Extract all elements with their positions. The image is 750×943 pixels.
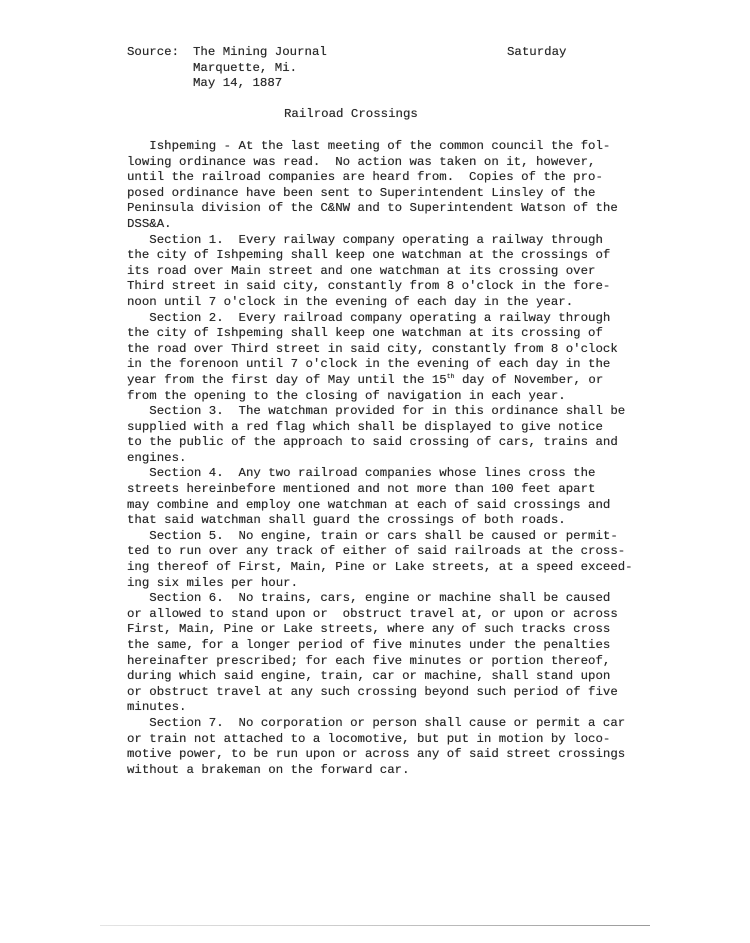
text-line: ing thereof of First, Main, Pine or Lake… xyxy=(127,560,647,576)
text-line: the same, for a longer period of five mi… xyxy=(127,638,647,654)
text-line: First, Main, Pine or Lake streets, where… xyxy=(127,622,647,638)
text-line: Peninsula division of the C&NW and to Su… xyxy=(127,201,647,217)
text-line: hereinafter prescribed; for each five mi… xyxy=(127,654,647,670)
publication-date: May 14, 1887 xyxy=(193,76,327,92)
text-line: the road over Third street in said city,… xyxy=(127,342,647,358)
text-line: without a brakeman on the forward car. xyxy=(127,763,647,779)
paragraph-section-4: Section 4. Any two railroad companies wh… xyxy=(127,466,647,528)
paragraph-section-6: Section 6. No trains, cars, engine or ma… xyxy=(127,591,647,716)
text-line: lowing ordinance was read. No action was… xyxy=(127,155,647,171)
text-line: year from the first day of May until the… xyxy=(127,373,647,389)
text-line: Section 5. No engine, train or cars shal… xyxy=(127,529,647,545)
paragraph-section-1: Section 1. Every railway company operati… xyxy=(127,233,647,311)
text-line: ted to run over any track of either of s… xyxy=(127,544,647,560)
text-line: supplied with a red flag which shall be … xyxy=(127,420,647,436)
text-line: Section 7. No corporation or person shal… xyxy=(127,716,647,732)
article-title: Railroad Crossings xyxy=(284,107,418,123)
text-line: Section 6. No trains, cars, engine or ma… xyxy=(127,591,647,607)
text-line: posed ordinance have been sent to Superi… xyxy=(127,186,647,202)
text-line: or obstruct travel at any such crossing … xyxy=(127,685,647,701)
source-row: Source: The Mining Journal Marquette, Mi… xyxy=(127,45,327,92)
document-page: Source: The Mining Journal Marquette, Mi… xyxy=(0,0,750,943)
paragraph-section-5: Section 5. No engine, train or cars shal… xyxy=(127,529,647,591)
text-line: or train not attached to a locomotive, b… xyxy=(127,732,647,748)
publication-location: Marquette, Mi. xyxy=(193,61,327,77)
text-line: that said watchman shall guard the cross… xyxy=(127,513,647,529)
text-line: DSS&A. xyxy=(127,217,647,233)
ordinal-suffix: th xyxy=(447,373,455,380)
paragraph-intro: Ishpeming - At the last meeting of the c… xyxy=(127,139,647,233)
paragraph-section-3: Section 3. The watchman provided for in … xyxy=(127,404,647,466)
paragraph-section-2: Section 2. Every railroad company operat… xyxy=(127,311,647,405)
text-line: to the public of the approach to said cr… xyxy=(127,435,647,451)
text-line: Section 3. The watchman provided for in … xyxy=(127,404,647,420)
source-label: Source: xyxy=(127,45,193,92)
paragraph-section-7: Section 7. No corporation or person shal… xyxy=(127,716,647,778)
bottom-rule xyxy=(100,925,650,926)
text-line: Section 1. Every railway company operati… xyxy=(127,233,647,249)
text-line: during which said engine, train, car or … xyxy=(127,669,647,685)
source-details: The Mining Journal Marquette, Mi. May 14… xyxy=(193,45,327,92)
text-line: the city of Ishpeming shall keep one wat… xyxy=(127,248,647,264)
text-line: Ishpeming - At the last meeting of the c… xyxy=(127,139,647,155)
text-line: its road over Main street and one watchm… xyxy=(127,264,647,280)
text-line: streets hereinbefore mentioned and not m… xyxy=(127,482,647,498)
text-line: from the opening to the closing of navig… xyxy=(127,389,647,405)
text-line: motive power, to be run upon or across a… xyxy=(127,747,647,763)
article-body: Ishpeming - At the last meeting of the c… xyxy=(127,139,647,778)
text-line: ing six miles per hour. xyxy=(127,576,647,592)
text-line: Section 2. Every railroad company operat… xyxy=(127,311,647,327)
text-line: Third street in said city, constantly fr… xyxy=(127,279,647,295)
text-line: noon until 7 o'clock in the evening of e… xyxy=(127,295,647,311)
publication-name: The Mining Journal xyxy=(193,45,327,61)
text-line: may combine and employ one watchman at e… xyxy=(127,498,647,514)
text-line: or allowed to stand upon or obstruct tra… xyxy=(127,607,647,623)
publication-weekday: Saturday xyxy=(507,45,567,61)
text-line: in the forenoon until 7 o'clock in the e… xyxy=(127,357,647,373)
text-line: until the railroad companies are heard f… xyxy=(127,170,647,186)
text-line: minutes. xyxy=(127,700,647,716)
text-line: Section 4. Any two railroad companies wh… xyxy=(127,466,647,482)
text-line: engines. xyxy=(127,451,647,467)
text-line: the city of Ishpeming shall keep one wat… xyxy=(127,326,647,342)
